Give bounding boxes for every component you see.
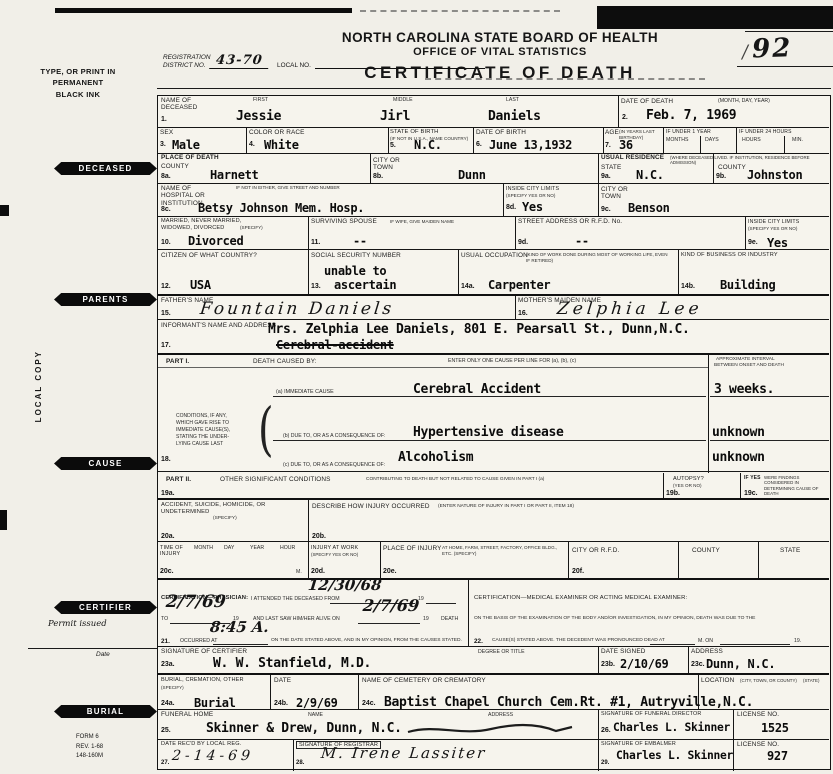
value-mother: Zelphia Lee <box>556 299 704 319</box>
m-on-label: M. ON <box>698 638 713 644</box>
margin-date-rule <box>28 648 157 649</box>
value-sex: Male <box>172 138 200 152</box>
row-burial: BURIAL, CREMATION, OTHER (SPECIFY) 24a. … <box>158 673 829 709</box>
part2-label: PART II. <box>166 476 191 483</box>
value-inside-city-pod: Yes <box>522 200 543 214</box>
months-days-divider <box>700 136 701 153</box>
value-res-state: N.C. <box>636 168 664 182</box>
line-b-rule-interval <box>710 440 829 441</box>
item-24c: 24c. <box>362 700 376 707</box>
item-20a: 20a. <box>161 533 175 540</box>
icl1-sublabel: (SPECIFY YES OR NO) <box>506 193 555 198</box>
value-cemetery: Baptist Chapel Church Cem. <box>384 695 580 710</box>
value-hospital: Betsy Johnson Mem. Hosp. <box>198 201 364 215</box>
registration-block: REGISTRATIONDISTRICT NO. 43-70 LOCAL NO. <box>163 53 485 69</box>
place-of-injury-label: PLACE OF INJURY <box>383 545 442 552</box>
burial-date-label: DATE <box>274 677 291 684</box>
year-19-d: 19. <box>794 638 801 644</box>
value-burial-date: 2/9/69 <box>296 696 338 710</box>
year-19-c: 19 <box>423 616 429 622</box>
value-last-alive: 2/7/69 <box>362 596 420 615</box>
item-20c: 20c. <box>160 568 174 575</box>
under-1-year-label: IF UNDER 1 YEAR <box>666 129 711 135</box>
director-license-label: LICENSE NO. <box>737 711 779 718</box>
registration-district-value: 43-70 <box>210 53 270 69</box>
item-1: 1. <box>161 116 167 123</box>
res-city-label: CITY OR TOWN <box>601 186 637 201</box>
value-state-of-birth: N.C. <box>414 138 442 152</box>
citizen-label: CITIZEN OF WHAT COUNTRY? <box>161 252 257 259</box>
field-burial-date: DATE 24b. 2/9/69 <box>270 675 359 709</box>
row-funeral-home: FUNERAL HOME NAME ADDRESS 25. Skinner & … <box>158 709 829 739</box>
value-marital: Divorced <box>188 234 243 248</box>
item-23a: 23a. <box>161 661 175 668</box>
item-18: 18. <box>161 456 171 463</box>
field-date-signed: DATE SIGNED 23b. 2/10/69 <box>598 647 689 673</box>
field-under-1-year: IF UNDER 1 YEAR MONTHS DAYS <box>663 128 737 153</box>
time-blank <box>213 644 268 645</box>
field-citizen: CITIZEN OF WHAT COUNTRY? 12. USA <box>158 250 309 294</box>
medical-examiner-title: CERTIFICATION—MEDICAL EXAMINER OR ACTING… <box>474 595 687 601</box>
value-race: White <box>264 138 299 152</box>
autopsy-divider-left <box>663 473 664 500</box>
caused-by-label: DEATH CAUSED BY: <box>253 358 317 365</box>
item-27: 27. <box>161 760 169 766</box>
row-accident: ACCIDENT, SUICIDE, HOMICIDE, OR UNDETERM… <box>158 498 829 541</box>
injury-at-work-sublabel: (SPECIFY YES OR NO) <box>311 552 358 557</box>
value-attended-to: 2/7/69 <box>165 592 227 612</box>
under-24-hours-label: IF UNDER 24 HOURS <box>739 129 792 135</box>
part1-label: PART I. <box>166 358 189 365</box>
value-informant: Mrs. Zelphia Lee Daniels, 801 E. Pearsal… <box>268 322 690 337</box>
hour-header: HOUR <box>280 545 295 551</box>
field-mother: MOTHER'S MAIDEN NAME 16. Zelphia Lee <box>515 296 829 319</box>
field-injury-state: STATE <box>758 542 829 578</box>
spouse-label: SURVIVING SPOUSE <box>311 218 377 225</box>
value-certifier-signature: W. W. Stanfield, M.D. <box>213 656 371 671</box>
item-8c: 8c. <box>161 206 171 213</box>
value-inside-city-res: Yes <box>767 236 788 250</box>
medical-examiner-line2: CAUSE(S) STATED ABOVE. THE DECEDENT WAS … <box>492 638 665 643</box>
due-to-c-label: (c) DUE TO, OR AS A CONSEQUENCE OF: <box>283 462 385 468</box>
value-attended-from: 12/30/68 <box>307 576 382 594</box>
field-state-of-birth: STATE OF BIRTH (IF NOT IN U.S.A., NAME C… <box>388 128 474 153</box>
informant-label: INFORMANT'S NAME AND ADDRESS <box>161 322 276 329</box>
certifier-signature-label: SIGNATURE OF CERTIFIER <box>161 648 247 655</box>
field-place-of-injury: PLACE OF INJURY AT HOME, FARM, STREET, F… <box>380 542 569 578</box>
value-cause-c: Alcoholism <box>398 450 473 465</box>
certificate-number: 92 <box>741 33 792 65</box>
value-interval-c: unknown <box>712 450 765 465</box>
conditions-brace <box>258 397 274 464</box>
item-19c: 19c. <box>744 490 758 497</box>
injury-city-label: CITY OR R.F.D. <box>572 547 619 554</box>
value-interval-b: unknown <box>712 425 765 440</box>
value-director-license: 1525 <box>761 721 789 735</box>
value-burial-type: Burial <box>194 696 236 710</box>
item-2: 2. <box>622 114 628 121</box>
interval-column-divider <box>708 355 709 473</box>
date-signed-label: DATE SIGNED <box>601 648 646 655</box>
local-copy-label: LOCAL COPY <box>34 350 43 422</box>
part2-title: OTHER SIGNIFICANT CONDITIONS <box>220 476 331 483</box>
street-label: STREET ADDRESS OR R.F.D. No. <box>518 218 622 225</box>
item-9a: 9a. <box>601 173 611 180</box>
value-pod-city: Dunn <box>458 168 486 182</box>
value-first-name: Jessie <box>236 109 281 124</box>
item-19a: 19a. <box>161 490 175 497</box>
field-name-of-deceased: NAME OF DECEASED FIRST MIDDLE LAST 1. Je… <box>158 96 619 127</box>
item-23b: 23b. <box>601 661 615 668</box>
funeral-home-label: FUNERAL HOME <box>161 711 213 718</box>
board-title: NORTH CAROLINA STATE BOARD OF HEALTH <box>240 30 760 45</box>
row-citizen-occupation: CITIZEN OF WHAT COUNTRY? 12. USA SOCIAL … <box>158 249 829 294</box>
autopsy-sublabel: (YES OR NO) <box>673 483 702 488</box>
attended-text: I ATTENDED THE DECEASED FROM <box>251 596 340 602</box>
row-sex-race-birth: SEX 3. Male COLOR OR RACE 4. White STATE… <box>158 127 829 153</box>
field-father: FATHER'S NAME 15. Fountain Daniels <box>158 296 516 319</box>
field-date-of-death: DATE OF DEATH (MONTH, DAY, YEAR) 2. Feb.… <box>618 96 829 127</box>
time-of-injury-label: TIME OF INJURY <box>160 545 190 557</box>
row-time-of-injury: TIME OF INJURY MONTH DAY YEAR HOUR 20c. … <box>158 541 829 578</box>
item-10: 10. <box>161 239 171 246</box>
occupation-label: USUAL OCCUPATION <box>461 252 528 259</box>
occupation-sublabel: (KIND OF WORK DONE DURING MOST OF WORKIN… <box>526 252 671 263</box>
field-time-of-injury: TIME OF INJURY MONTH DAY YEAR HOUR 20c. … <box>158 542 309 578</box>
value-res-city: Benson <box>628 201 670 215</box>
occurred-text-2: ON THE DATE STATED ABOVE, AND IN MY OPIN… <box>271 638 466 643</box>
local-no-blank <box>315 68 485 69</box>
death-word: DEATH <box>441 616 458 622</box>
year-header: YEAR <box>250 545 264 551</box>
value-date-of-death: Feb. 7, 1969 <box>646 108 736 123</box>
permit-note: Permit issued <box>48 619 107 629</box>
item-28: 28. <box>296 760 304 766</box>
value-date-received: 2-14-69 <box>171 748 255 764</box>
field-under-24-hours: IF UNDER 24 HOURS HOURS MIN. <box>736 128 829 153</box>
alive-blank <box>358 623 420 624</box>
value-struck-text: Cerebral-accident <box>276 338 394 352</box>
field-embalmer-license: LICENSE NO. 927 <box>733 740 829 771</box>
res-state-label: STATE <box>601 164 621 171</box>
row-marital: MARRIED, NEVER MARRIED, WIDOWED, DIVORCE… <box>158 216 829 249</box>
field-pod-county: PLACE OF DEATH COUNTY 8a. Harnett <box>158 154 371 183</box>
value-res-county: Johnston <box>747 168 802 182</box>
item-21: 21. <box>161 638 170 645</box>
conditions-note-1: CONDITIONS, IF ANY, <box>176 413 227 419</box>
field-date-of-birth: DATE OF BIRTH 6. June 13,1932 <box>473 128 604 153</box>
industry-label: KIND OF BUSINESS OR INDUSTRY <box>681 252 778 258</box>
section-pill-parents: PARENTS <box>54 293 157 306</box>
marital-label-2: WIDOWED, DIVORCED <box>161 225 224 231</box>
enter-note: ENTER ONLY ONE CAUSE PER LINE FOR (a), (… <box>448 358 576 364</box>
conditions-note-4: STATING THE UNDER- <box>176 434 229 440</box>
form-top-rule <box>157 88 831 89</box>
section-pill-certifier: CERTIFIER <box>54 601 157 614</box>
item-8d: 8d. <box>506 204 516 211</box>
burial-type-sublabel: (SPECIFY) <box>161 685 184 690</box>
item-17: 17. <box>161 342 171 349</box>
row-hospital: NAME OF HOSPITAL OR INSTITUTION IF NOT I… <box>158 183 829 216</box>
part2-sublabel: CONTRIBUTING TO DEATH BUT NOT RELATED TO… <box>366 477 544 482</box>
embalmer-label: SIGNATURE OF EMBALMER <box>601 741 676 747</box>
location-sublabel-2: (STATE) <box>803 678 819 683</box>
describe-sublabel: (ENTER NATURE OF INJURY IN PART I OR PAR… <box>438 504 574 509</box>
margin-date-label: Date <box>96 651 110 658</box>
findings-divider-left <box>740 473 741 500</box>
item-25: 25. <box>161 727 171 734</box>
field-sex: SEX 3. Male <box>158 128 247 153</box>
pod-county-label: COUNTY <box>161 163 189 170</box>
dod-sublabel: (MONTH, DAY, YEAR) <box>718 98 770 104</box>
pod-city-label: CITY OR TOWN <box>373 157 409 172</box>
field-injury-county: COUNTY <box>678 542 759 578</box>
item-8a: 8a. <box>161 173 171 180</box>
field-burial-type: BURIAL, CREMATION, OTHER (SPECIFY) 24a. … <box>158 675 271 709</box>
value-certifier-address: Dunn, N.C. <box>706 657 775 671</box>
form-number: FORM 6REV. 1-68148-160M <box>76 733 103 762</box>
field-inside-city-pod: INSIDE CITY LIMITS (SPECIFY YES OR NO) 8… <box>503 184 599 216</box>
hospital-sublabel: IF NOT IN EITHER, GIVE STREET AND NUMBER <box>236 185 340 190</box>
conditions-note-5: LYING CAUSE LAST <box>176 441 223 447</box>
value-age: 36 <box>619 138 633 152</box>
field-surviving-spouse: SURVIVING SPOUSE IF WIFE, GIVE MAIDEN NA… <box>308 217 516 249</box>
row-parents: FATHER'S NAME 15. Fountain Daniels MOTHE… <box>158 294 829 319</box>
cemetery-label: NAME OF CEMETERY OR CREMATORY <box>362 677 486 684</box>
item-9b: 9b. <box>716 173 726 180</box>
embalmer-license-label: LICENSE NO. <box>737 741 779 748</box>
dob-label: DATE OF BIRTH <box>476 129 526 136</box>
value-embalmer-license: 927 <box>767 749 788 763</box>
scan-mark-top-dashes <box>360 10 560 12</box>
field-director-license: LICENSE NO. 1525 <box>733 710 829 739</box>
handwritten-scribble <box>406 722 576 738</box>
marital-sublabel: (SPECIFY) <box>240 225 263 230</box>
item-22: 22. <box>474 638 483 645</box>
findings-label: WERE FINDINGS CONSIDERED IN DETERMINING … <box>764 475 826 496</box>
hours-min-divider <box>784 136 785 153</box>
value-date-of-birth: June 13,1932 <box>489 138 572 152</box>
item-5: 5. <box>390 142 396 149</box>
value-funeral-director: Charles L. Skinner <box>613 721 730 734</box>
field-injury-city: CITY OR R.F.D. 20f. <box>568 542 679 578</box>
scan-mark-left-2 <box>0 510 7 530</box>
month-header: MONTH <box>194 545 213 551</box>
if-yes-label: IF YES <box>744 475 761 481</box>
item-13: 13. <box>311 283 321 290</box>
funeral-home-name-header: NAME <box>308 712 323 718</box>
manner-sublabel: (SPECIFY) <box>213 516 237 521</box>
sob-label: STATE OF BIRTH <box>390 129 438 135</box>
race-label: COLOR OR RACE <box>249 129 305 136</box>
location-label: LOCATION <box>701 677 734 684</box>
field-res-state: USUAL RESIDENCE (WHERE DECEASED LIVED. I… <box>598 154 714 183</box>
day-header: DAY <box>224 545 234 551</box>
redaction-bar <box>597 6 833 29</box>
year-blank-a <box>426 603 456 604</box>
item-20d: 20d. <box>311 568 325 575</box>
interval-header-1: APPROXIMATE INTERVAL <box>716 357 775 362</box>
funeral-home-address-header: ADDRESS <box>488 712 513 718</box>
injury-at-work-label: INJURY AT WORK <box>311 545 371 551</box>
injury-county-label: COUNTY <box>692 547 720 554</box>
days-header: DAYS <box>705 137 719 143</box>
item-8b: 8b. <box>373 173 383 180</box>
item-14b: 14b. <box>681 283 695 290</box>
immediate-cause-label: (a) IMMEDIATE CAUSE <box>276 389 334 395</box>
value-date-signed: 2/10/69 <box>620 657 668 671</box>
field-age: AGE (IN YEARS LAST BIRTHDAY) 7. 36 <box>603 128 664 153</box>
section-cause: PART I. DEATH CAUSED BY: ENTER ONLY ONE … <box>158 353 829 498</box>
row-certifier-signature: SIGNATURE OF CERTIFIER DEGREE OR TITLE 2… <box>158 646 829 673</box>
death-certificate-scan: NORTH CAROLINA STATE BOARD OF HEALTH OFF… <box>0 0 833 774</box>
value-time-of-death: 8:45 A. <box>209 618 270 636</box>
certification-divider <box>468 580 469 646</box>
registration-district-label: REGISTRATIONDISTRICT NO. <box>163 54 210 69</box>
location-sublabel-1: (CITY, TOWN, OR COUNTY) <box>740 678 797 683</box>
item-3: 3. <box>160 141 166 148</box>
item-24a: 24a. <box>161 700 175 707</box>
value-street: -- <box>575 234 589 248</box>
place-of-injury-sublabel: AT HOME, FARM, STREET, FACTORY, OFFICE B… <box>442 545 562 556</box>
medical-examiner-line1: ON THE BASIS OF THE EXAMINATION OF THE B… <box>474 616 755 621</box>
line-a-rule-interval <box>710 396 829 397</box>
res-county-label: COUNTY <box>718 164 746 171</box>
value-burial-location: Rt. #1, Autryville,N.C. <box>580 695 753 710</box>
row-place-residence: PLACE OF DEATH COUNTY 8a. Harnett CITY O… <box>158 153 829 183</box>
value-funeral-home: Skinner & Drew, Dunn, N.C. <box>206 721 402 736</box>
due-to-b-label: (b) DUE TO, OR AS A CONSEQUENCE OF: <box>283 433 385 439</box>
last-header: LAST <box>506 97 519 103</box>
min-header: MIN. <box>792 137 803 143</box>
section-pill-cause: CAUSE <box>54 457 157 470</box>
item-14a: 14a. <box>461 283 475 290</box>
field-manner: ACCIDENT, SUICIDE, HOMICIDE, OR UNDETERM… <box>158 500 309 541</box>
place-of-death-caption: PLACE OF DEATH <box>161 154 219 161</box>
field-ssn: SOCIAL SECURITY NUMBER 13. unable to asc… <box>308 250 459 294</box>
ink-instruction: TYPE, OR PRINT INPERMANENTBLACK INK <box>4 66 152 100</box>
icl2-label: INSIDE CITY LIMITS <box>748 219 799 225</box>
scan-mark-top-left <box>55 8 352 13</box>
value-spouse: -- <box>353 234 367 248</box>
value-middle-name: Jirl <box>380 109 410 124</box>
m-label: M. <box>296 569 302 575</box>
autopsy-label: AUTOPSY? <box>673 476 704 482</box>
middle-header: MIDDLE <box>393 97 413 103</box>
field-res-county: COUNTY 9b. Johnston <box>713 154 829 183</box>
field-industry: KIND OF BUSINESS OR INDUSTRY 14b. Buildi… <box>678 250 829 294</box>
item-11: 11. <box>311 239 320 246</box>
field-describe-injury: DESCRIBE HOW INJURY OCCURRED (ENTER NATU… <box>308 500 829 541</box>
field-hospital: NAME OF HOSPITAL OR INSTITUTION IF NOT I… <box>158 184 504 216</box>
part2-divider <box>158 471 829 472</box>
degree-label: DEGREE OR TITLE <box>478 649 525 655</box>
item-16: 16. <box>518 310 528 317</box>
row-registrar: DATE REC'D BY LOCAL REG. 27. 2-14-69 SIG… <box>158 739 829 771</box>
field-res-city: CITY OR TOWN 9c. Benson <box>598 184 829 216</box>
item-12: 12. <box>161 283 171 290</box>
part1-header-rule <box>158 367 708 368</box>
date-received-label: DATE REC'D BY LOCAL REG. <box>161 741 241 747</box>
field-pod-city: CITY OR TOWN 8b. Dunn <box>370 154 599 183</box>
field-race: COLOR OR RACE 4. White <box>246 128 389 153</box>
item-20e: 20e. <box>383 568 397 575</box>
section-pill-burial: BURIAL <box>54 705 157 718</box>
line-a-rule <box>273 396 706 397</box>
certifier-address-label: ADDRESS <box>691 648 723 655</box>
occurred-text: OCCURRED AT <box>180 638 217 644</box>
manner-label: ACCIDENT, SUICIDE, HOMICIDE, OR UNDETERM… <box>161 502 303 515</box>
spouse-sublabel: IF WIFE, GIVE MAIDEN NAME <box>390 219 454 224</box>
sex-label: SEX <box>160 129 173 136</box>
row-certification: 12/30/68 CERTIFICATION—PHYSICIAN: I ATTE… <box>158 578 829 646</box>
field-funeral-director: SIGNATURE OF FUNERAL DIRECTOR 26. Charle… <box>598 710 734 739</box>
field-embalmer-signature: SIGNATURE OF EMBALMER 29. Charles L. Ski… <box>598 740 734 771</box>
value-pod-county: Harnett <box>210 168 258 182</box>
field-date-received: DATE REC'D BY LOCAL REG. 27. 2-14-69 <box>158 740 294 771</box>
item-23c: 23c. <box>691 661 705 668</box>
icl1-label: INSIDE CITY LIMITS <box>506 186 559 192</box>
item-6: 6. <box>476 141 482 148</box>
item-26: 26. <box>601 727 611 734</box>
pronounced-date-blank <box>720 644 790 645</box>
item-15: 15. <box>161 310 171 317</box>
item-20b: 20b. <box>312 533 326 540</box>
field-marital-status: MARRIED, NEVER MARRIED, WIDOWED, DIVORCE… <box>158 217 309 249</box>
value-citizen: USA <box>190 278 211 292</box>
months-header: MONTHS <box>666 137 688 143</box>
value-interval-a: 3 weeks. <box>714 382 774 397</box>
value-cause-b: Hypertensive disease <box>413 425 564 440</box>
field-injury-at-work: INJURY AT WORK (SPECIFY YES OR NO) 20d. <box>308 542 381 578</box>
row-name: NAME OF DECEASED FIRST MIDDLE LAST 1. Je… <box>158 96 829 127</box>
value-embalmer: Charles L. Skinner <box>616 749 733 762</box>
injury-state-label: STATE <box>780 547 800 554</box>
hours-header: HOURS <box>742 137 761 143</box>
item-4: 4. <box>249 141 255 148</box>
item-20f: 20f. <box>572 568 584 575</box>
value-ssn-line1: unable to <box>324 264 386 278</box>
value-immediate-cause: Cerebral Accident <box>413 382 541 397</box>
marital-label-1: MARRIED, NEVER MARRIED, <box>161 218 242 224</box>
item-9d: 9d. <box>518 239 528 246</box>
item-19b: 19b. <box>666 490 680 497</box>
item-7: 7. <box>605 142 611 149</box>
scan-mark-left-1 <box>0 205 9 216</box>
burial-type-label: BURIAL, CREMATION, OTHER <box>161 677 261 683</box>
value-father: Fountain Daniels <box>199 299 395 319</box>
ssn-label: SOCIAL SECURITY NUMBER <box>311 252 401 259</box>
value-industry: Building <box>720 278 775 292</box>
certificate-form: NAME OF DECEASED FIRST MIDDLE LAST 1. Je… <box>157 95 831 770</box>
item-24b: 24b. <box>274 700 288 707</box>
interval-header-2: BETWEEN ONSET AND DEATH <box>714 363 784 368</box>
value-registrar-signature: M. Irene Lassiter <box>320 744 487 762</box>
field-street-address: STREET ADDRESS OR R.F.D. No. 9d. -- <box>515 217 746 249</box>
field-funeral-home: FUNERAL HOME NAME ADDRESS 25. Skinner & … <box>158 710 599 739</box>
item-9e: 9e. <box>748 239 758 246</box>
describe-label: DESCRIBE HOW INJURY OCCURRED <box>312 503 430 510</box>
line-b-rule <box>273 440 706 441</box>
value-ssn-line2: ascertain <box>334 278 396 292</box>
item-9c: 9c. <box>601 206 611 213</box>
field-certifier-address: ADDRESS 23c. Dunn, N.C. <box>688 647 829 673</box>
item-29: 29. <box>601 760 609 766</box>
local-no-label: LOCAL NO. <box>277 62 311 69</box>
conditions-note-2: WHICH GAVE RISE TO <box>176 420 229 426</box>
field-inside-city-res: INSIDE CITY LIMITS (SPECIFY YES OR NO) 9… <box>745 217 829 249</box>
pronounced-blank <box>650 644 695 645</box>
